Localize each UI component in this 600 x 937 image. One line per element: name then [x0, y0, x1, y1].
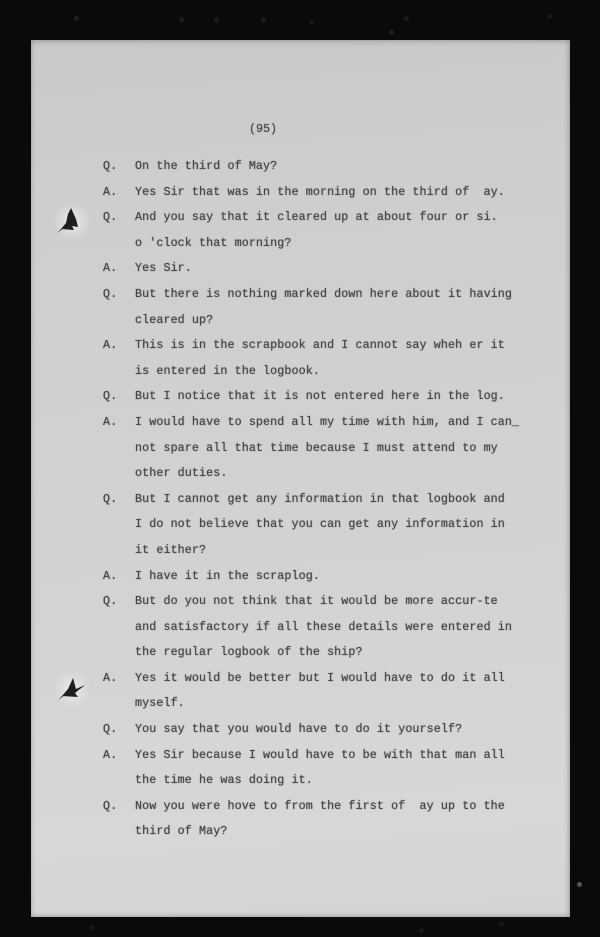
speaker-label [103, 512, 135, 538]
speaker-label: A. [103, 410, 135, 436]
transcript-line: A.Yes Sir. [31, 256, 570, 282]
line-text: Yes Sir that was in the morning on the t… [135, 180, 505, 206]
speaker-label: Q. [103, 384, 135, 410]
transcript-line: Q.Now you were hove to from the first of… [31, 794, 570, 820]
line-text: is entered in the logbook. [135, 359, 320, 385]
transcript-line: Q.But I notice that it is not entered he… [31, 384, 570, 410]
transcript-line: third of May? [31, 819, 570, 845]
speaker-label: Q. [103, 487, 135, 513]
speaker-label [103, 640, 135, 666]
line-text: Now you were hove to from the first of a… [135, 794, 505, 820]
transcript-line: the regular logbook of the ship? [31, 640, 570, 666]
speaker-label [103, 768, 135, 794]
transcript-line: not spare all that time because I must a… [31, 436, 570, 462]
transcript-line: A.Yes Sir that was in the morning on the… [31, 180, 570, 206]
line-text: the regular logbook of the ship? [135, 640, 363, 666]
transcript-line: Q.You say that you would have to do it y… [31, 717, 570, 743]
speaker-label: A. [103, 180, 135, 206]
transcript-line: A.Yes Sir because I would have to be wit… [31, 743, 570, 769]
line-text: I do not believe that you can get any in… [135, 512, 505, 538]
speaker-label [103, 436, 135, 462]
line-text: Yes it would be better but I would have … [135, 666, 505, 692]
speaker-label: A. [103, 564, 135, 590]
transcript-line: A.Yes it would be better but I would hav… [31, 666, 570, 692]
transcript-line: Q.But there is nothing marked down here … [31, 282, 570, 308]
speaker-label [103, 359, 135, 385]
scan-noise [0, 0, 3, 3]
speaker-label [103, 231, 135, 257]
transcript-line: Q.But do you not think that it would be … [31, 589, 570, 615]
speaker-label: A. [103, 256, 135, 282]
page-number: (95) [249, 122, 277, 136]
transcript-line: Q.But I cannot get any information in th… [31, 487, 570, 513]
transcript-line: myself. [31, 691, 570, 717]
line-text: But do you not think that it would be mo… [135, 589, 498, 615]
line-text: Yes Sir. [135, 256, 192, 282]
speaker-label [103, 819, 135, 845]
transcript-line: Q.On the third of May? [31, 154, 570, 180]
speaker-label: A. [103, 666, 135, 692]
transcript-line: A.I have it in the scraplog. [31, 564, 570, 590]
transcript-line: o 'clock that morning? [31, 231, 570, 257]
transcript: Q.On the third of May? A.Yes Sir that wa… [31, 154, 570, 845]
line-text: and satisfactory if all these details we… [135, 615, 512, 641]
transcript-line: the time he was doing it. [31, 768, 570, 794]
speaker-label [103, 308, 135, 334]
transcript-line: I do not believe that you can get any in… [31, 512, 570, 538]
transcript-line: is entered in the logbook. [31, 359, 570, 385]
transcript-line: other duties. [31, 461, 570, 487]
speaker-label: Q. [103, 589, 135, 615]
line-text: third of May? [135, 819, 227, 845]
speaker-label: Q. [103, 717, 135, 743]
transcript-line: A.This is in the scrapbook and I cannot … [31, 333, 570, 359]
line-text: I would have to spend all my time with h… [135, 410, 519, 436]
transcript-line: it either? [31, 538, 570, 564]
speaker-label: Q. [103, 282, 135, 308]
speaker-label [103, 538, 135, 564]
transcript-line: Q.And you say that it cleared up at abou… [31, 205, 570, 231]
line-text: other duties. [135, 461, 227, 487]
line-text: it either? [135, 538, 206, 564]
line-text: This is in the scrapbook and I cannot sa… [135, 333, 505, 359]
line-text: the time he was doing it. [135, 768, 313, 794]
line-text: But I cannot get any information in that… [135, 487, 505, 513]
line-text: cleared up? [135, 308, 213, 334]
transcript-line: and satisfactory if all these details we… [31, 615, 570, 641]
line-text: Yes Sir because I would have to be with … [135, 743, 505, 769]
line-text: And you say that it cleared up at about … [135, 205, 498, 231]
speaker-label: Q. [103, 205, 135, 231]
line-text: But there is nothing marked down here ab… [135, 282, 512, 308]
line-text: myself. [135, 691, 185, 717]
line-text: I have it in the scraplog. [135, 564, 320, 590]
speaker-label [103, 615, 135, 641]
transcript-line: A.I would have to spend all my time with… [31, 410, 570, 436]
speaker-label: Q. [103, 154, 135, 180]
speaker-label [103, 691, 135, 717]
document-page: (95) Q.On the third of May? A.Yes Sir th… [31, 40, 570, 917]
line-text: But I notice that it is not entered here… [135, 384, 505, 410]
speaker-label: A. [103, 743, 135, 769]
line-text: On the third of May? [135, 154, 277, 180]
speaker-label [103, 461, 135, 487]
speaker-label: A. [103, 333, 135, 359]
transcript-line: cleared up? [31, 308, 570, 334]
line-text: You say that you would have to do it you… [135, 717, 462, 743]
speaker-label: Q. [103, 794, 135, 820]
line-text: not spare all that time because I must a… [135, 436, 498, 462]
line-text: o 'clock that morning? [135, 231, 292, 257]
